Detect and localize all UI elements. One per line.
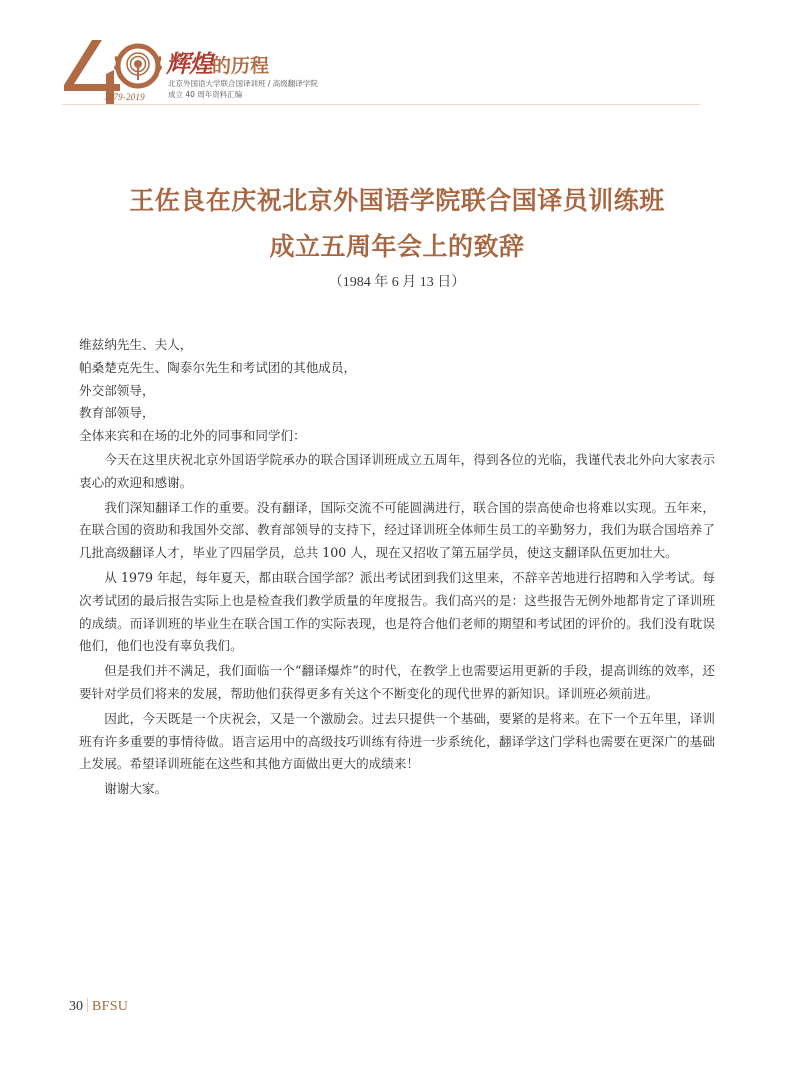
- article-date: （1984 年 6 月 13 日）: [0, 271, 794, 291]
- brand-title: 辉煌的历程: [166, 44, 269, 79]
- salutation-line: 帕桑楚克先生、陶泰尔先生和考试团的其他成员，: [79, 357, 715, 380]
- page-footer: 30BFSU: [69, 998, 128, 1015]
- header-divider: [62, 104, 700, 105]
- brand-subtitle-line1: 北京外国语大学联合国译训班 / 高级翻译学院: [168, 78, 318, 89]
- article-title: 王佐良在庆祝北京外国语学院联合国译员训练班 成立五周年会上的致辞: [0, 178, 794, 270]
- salutation-line: 维兹纳先生、夫人，: [79, 334, 715, 357]
- page-number: 30: [69, 999, 83, 1014]
- footer-brand: BFSU: [92, 999, 128, 1014]
- article-title-line2: 成立五周年会上的致辞: [0, 224, 794, 270]
- paragraph: 今天在这里庆祝北京外国语学院承办的联合国译训班成立五周年，得到各位的光临，我谨代…: [79, 449, 715, 495]
- salutation-line: 全体来宾和在场的北外的同事和同学们：: [79, 425, 715, 448]
- paragraph: 从 1979 年起，每年夏天，都由联合国学部？派出考试团到我们这里来，不辞辛苦地…: [79, 567, 715, 658]
- brand-title-rest: 的历程: [212, 55, 269, 77]
- article-title-line1: 王佐良在庆祝北京外国语学院联合国译员训练班: [0, 178, 794, 224]
- brand-title-stylized: 辉煌: [166, 49, 212, 78]
- closing-line: 谢谢大家。: [79, 778, 715, 801]
- paragraph: 因此，今天既是一个庆祝会，又是一个激励会。过去只提供一个基础，要紧的是将来。在下…: [79, 708, 715, 776]
- article-body: 维兹纳先生、夫人， 帕桑楚克先生、陶泰尔先生和考试团的其他成员， 外交部领导， …: [79, 334, 715, 801]
- salutation-list: 维兹纳先生、夫人， 帕桑楚克先生、陶泰尔先生和考试团的其他成员， 外交部领导， …: [79, 334, 715, 448]
- paragraph: 我们深知翻译工作的重要。没有翻译，国际交流不可能圆满进行，联合国的崇高使命也将难…: [79, 497, 715, 565]
- salutation-line: 教育部领导，: [79, 402, 715, 425]
- paragraph: 但是我们并不满足，我们面临一个“翻译爆炸”的时代，在教学上也需要运用更新的手段，…: [79, 660, 715, 706]
- logo-years: 1979-2019: [104, 92, 145, 102]
- brand-subtitle-line2: 成立 40 周年资料汇编: [168, 89, 242, 100]
- salutation-line: 外交部领导，: [79, 380, 715, 403]
- footer-separator: [87, 998, 88, 1012]
- page-header: 1979-2019 辉煌的历程 北京外国语大学联合国译训班 / 高级翻译学院 成…: [62, 36, 702, 106]
